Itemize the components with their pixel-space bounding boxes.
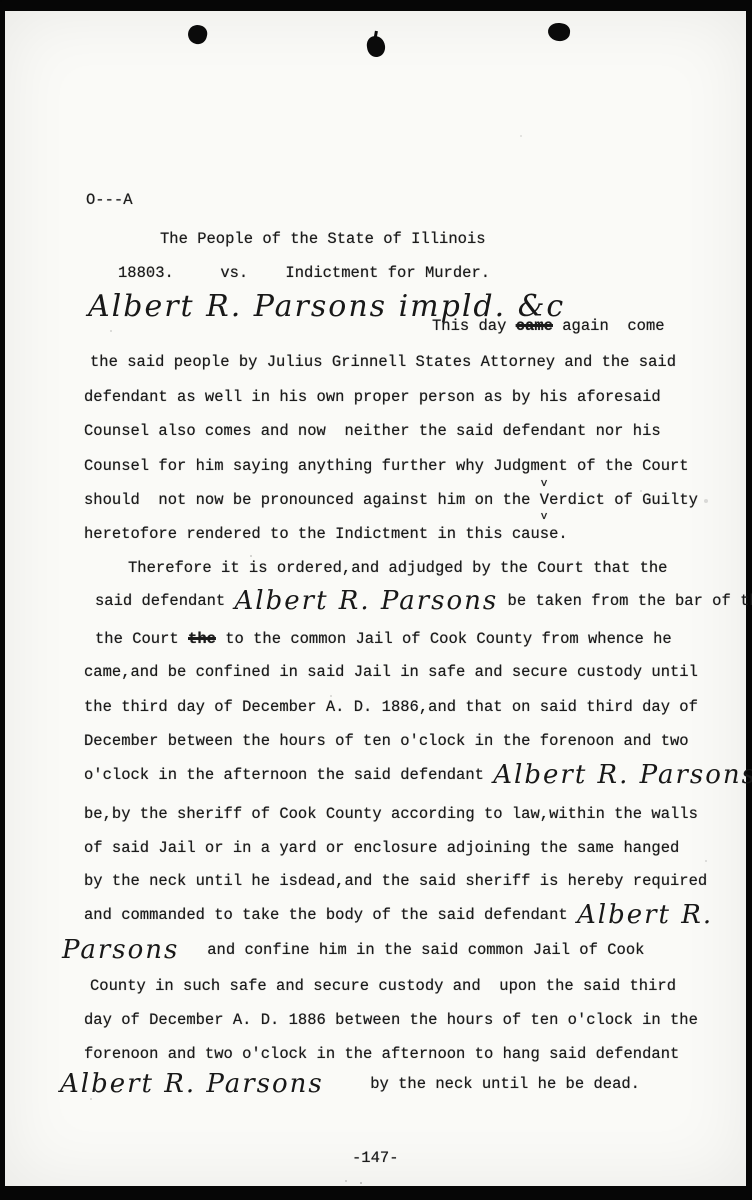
typed-text: of Guilty [605,491,698,509]
typed-text: This day [432,317,516,335]
typed-text: day of December A. D. 1886 between the h… [84,1011,698,1029]
typed-text: the said people by Julius Grinnell State… [90,353,676,371]
typed-text: by the neck until he isdead,and the said… [84,872,707,890]
corrected-word: vVerdictv [540,490,605,511]
correction-mark: v [541,479,548,490]
typed-text: Counsel also comes and now neither the s… [84,422,661,440]
document-line: The People of the State of Illinois [160,229,486,250]
document-line: Parsons and confine him in the said comm… [62,940,644,961]
document-line: Counsel for him saying anything further … [84,456,689,477]
handwritten-name: Albert R. Parsons [235,586,499,616]
typed-text: 18803. vs. Indictment for Murder. [118,264,490,282]
typed-text: be,by the sheriff of Cook County accordi… [84,805,698,823]
typed-text: and confine him in the said common Jail … [179,941,644,959]
typed-text: Therefore it is ordered,and adjudged by … [128,559,668,577]
document-line: O---A [86,190,133,211]
typed-text: Verdict [540,491,605,509]
correction-mark: v [541,512,548,523]
document-line: forenoon and two o'clock in the afternoo… [84,1044,679,1065]
typed-text: December between the hours of ten o'cloc… [84,732,689,750]
typed-text: defendant as well in his own proper pers… [84,388,661,406]
typed-text: the third day of December A. D. 1886,and… [84,698,698,716]
typed-text: Counsel for him saying anything further … [84,457,689,475]
handwritten-name: Albert R. [577,900,713,930]
document-line: defendant as well in his own proper pers… [84,387,661,408]
typed-text: of said Jail or in a yard or enclosure a… [84,839,679,857]
document-line: County in such safe and secure custody a… [90,976,676,997]
document-line: by the neck until he isdead,and the said… [84,871,707,892]
document-line: of said Jail or in a yard or enclosure a… [84,838,679,859]
typed-text: forenoon and two o'clock in the afternoo… [84,1045,679,1063]
typed-text: O---A [86,191,133,209]
typed-text: and commanded to take the body of the sa… [84,906,577,924]
page-number: -147- [352,1148,399,1169]
document-line: day of December A. D. 1886 between the h… [84,1010,698,1031]
handwritten-name: Albert R. Parsons [60,1069,324,1099]
handwritten-name: Albert R. Parsons [493,760,752,790]
typed-text: o'clock in the afternoon the said defend… [84,766,493,784]
typed-text: by the neck until he be dead. [324,1075,640,1093]
document-line: the Court the to the common Jail of Cook… [95,629,672,650]
document-line: December between the hours of ten o'cloc… [84,731,689,752]
typed-text: be taken from the bar of the [498,592,752,610]
document-line: the third day of December A. D. 1886,and… [84,697,698,718]
document-line: heretofore rendered to the Indictment in… [84,524,568,545]
scan-speckles [0,0,2,2]
typed-text: came,and be confined in said Jail in saf… [84,663,698,681]
struck-out-word: the [188,630,216,648]
typed-text: again come [553,317,665,335]
typed-text: said defendant [95,592,235,610]
typed-text: -147- [352,1149,399,1167]
struck-out-word: came [516,317,553,335]
typed-text: County in such safe and secure custody a… [90,977,676,995]
document-line: be,by the sheriff of Cook County accordi… [84,804,698,825]
scanned-court-document: O---AThe People of the State of Illinois… [0,0,752,1200]
document-line: came,and be confined in said Jail in saf… [84,662,698,683]
document-line: should not now be pronounced against him… [84,490,698,511]
document-line: 18803. vs. Indictment for Murder. [118,263,490,284]
typed-text: the Court [95,630,188,648]
typed-text: The People of the State of Illinois [160,230,486,248]
document-line: o'clock in the afternoon the said defend… [84,765,752,786]
typed-text: to the common Jail of Cook County from w… [216,630,672,648]
document-line: the said people by Julius Grinnell State… [90,352,676,373]
typed-text: heretofore rendered to the Indictment in… [84,525,568,543]
document-line: Therefore it is ordered,and adjudged by … [128,558,668,579]
document-line: Counsel also comes and now neither the s… [84,421,661,442]
document-line: This day came again come [432,316,665,337]
document-line: Albert R. Parsons by the neck until he b… [60,1074,640,1095]
document-line: said defendant Albert R. Parsons be take… [95,591,752,612]
typed-text: should not now be pronounced against him… [84,491,540,509]
handwritten-name: Parsons [62,935,179,965]
document-line: and commanded to take the body of the sa… [84,905,713,926]
